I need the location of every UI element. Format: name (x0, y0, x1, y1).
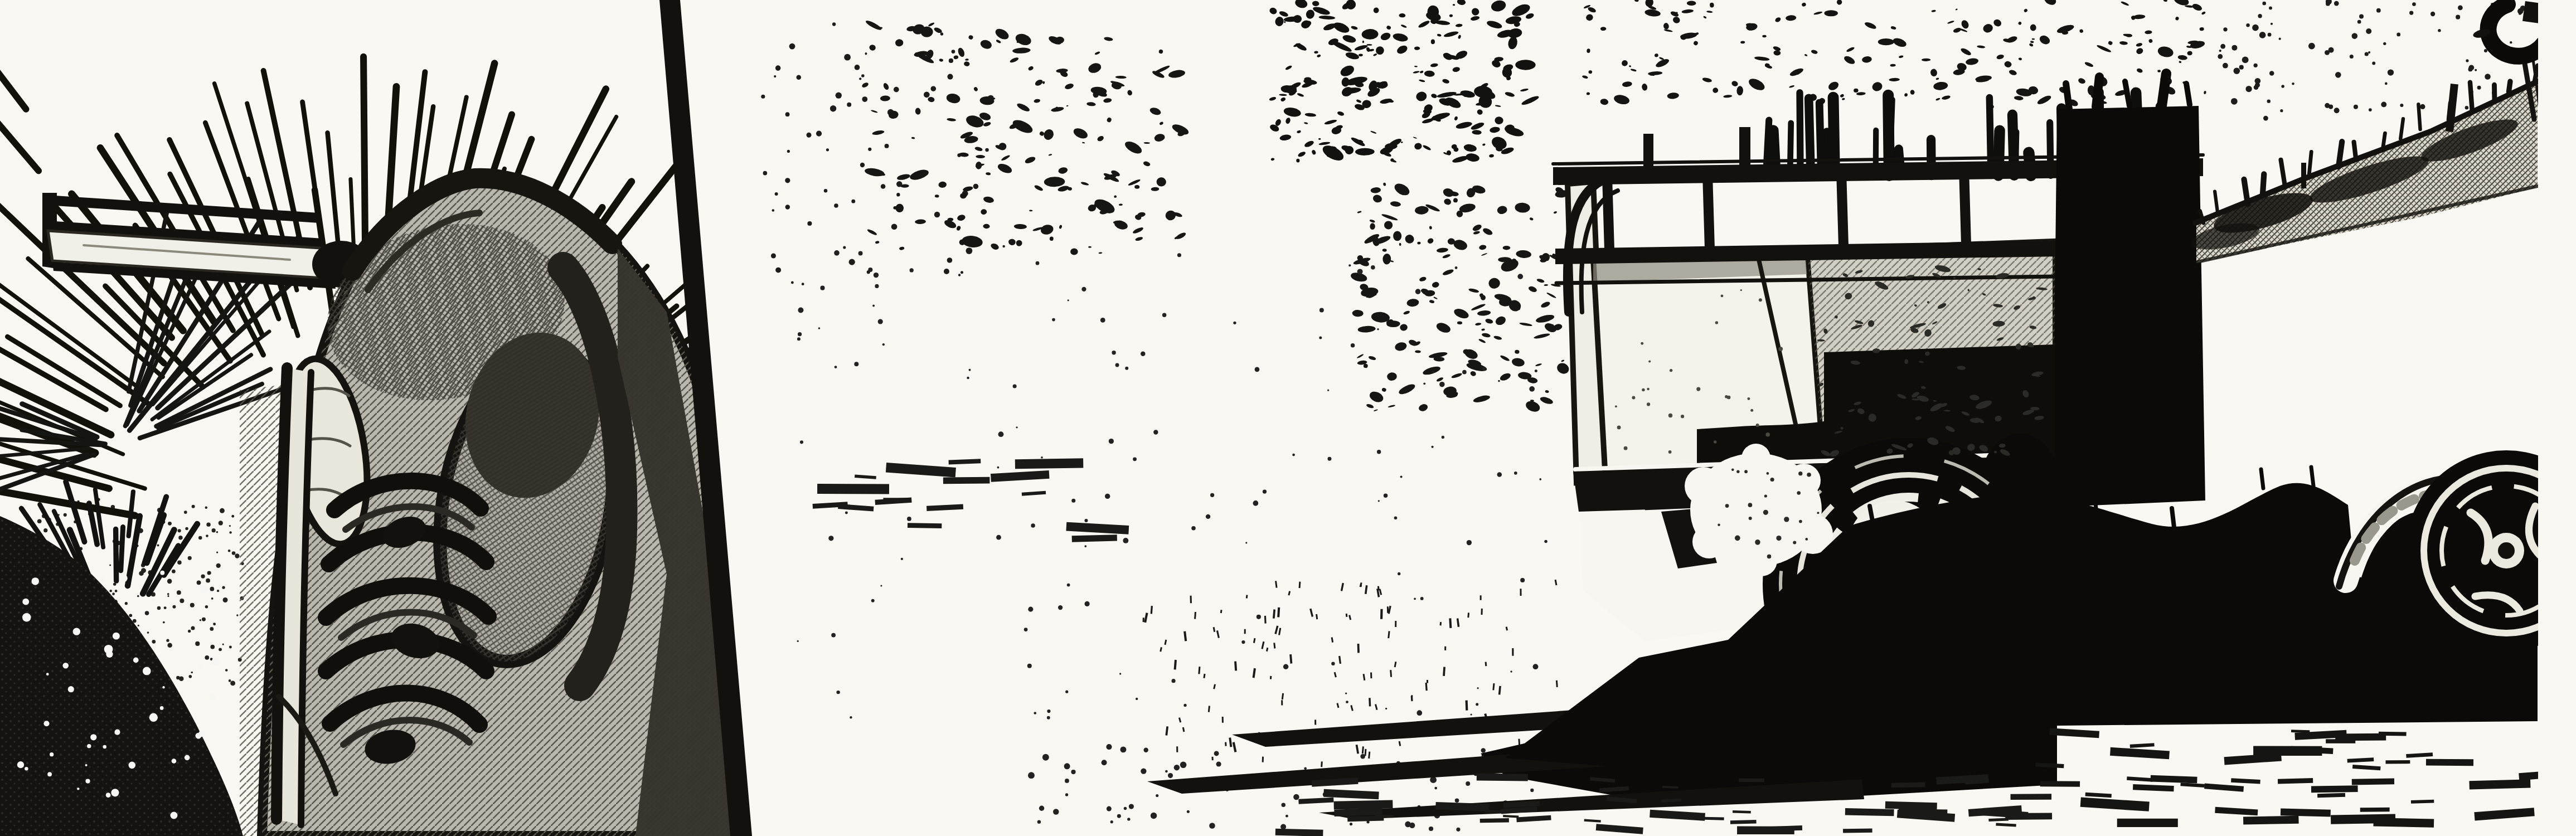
manga-spread (0, 0, 2576, 836)
shadow-slab (2053, 106, 2205, 507)
page-margin (2538, 0, 2576, 836)
manga-page: Black-and-white manga panel spread. Left… (0, 0, 2576, 836)
bank-twig (2301, 163, 2306, 188)
wheel-hub-center (2498, 542, 2515, 559)
